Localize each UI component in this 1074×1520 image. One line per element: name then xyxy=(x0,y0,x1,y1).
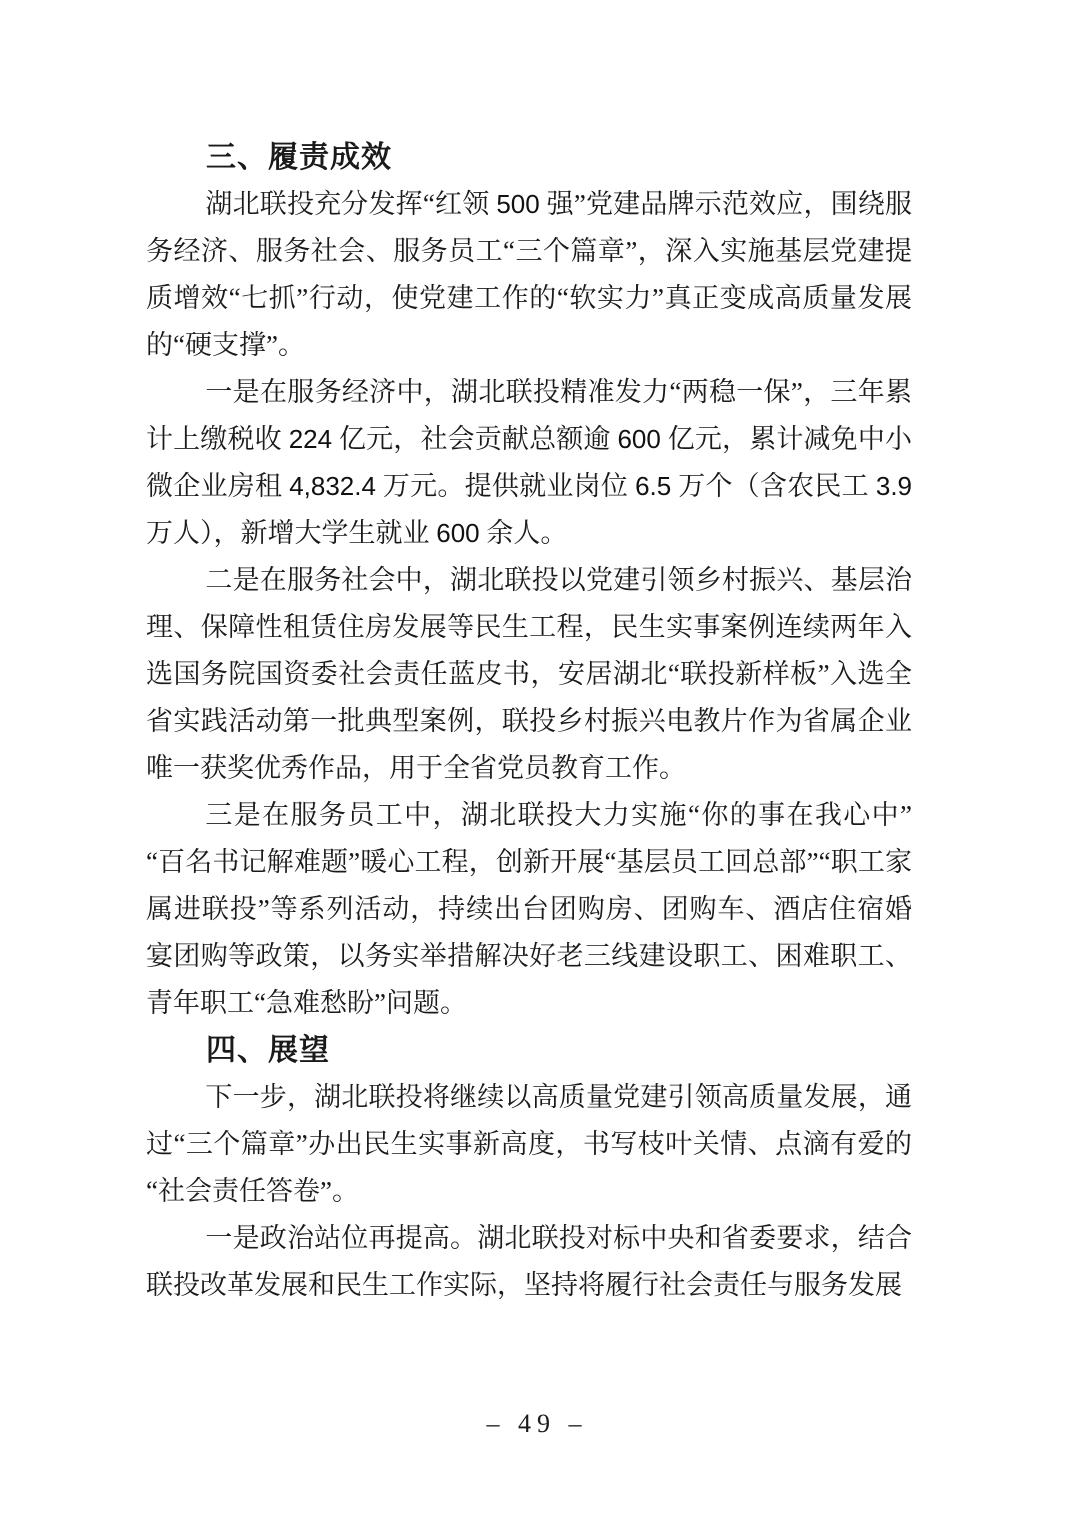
paragraph-brand-effect: 湖北联投充分发挥“红领 500 强”党建品牌示范效应，围绕服务经济、服务社会、服… xyxy=(146,181,912,369)
document-page: 三、履责成效 湖北联投充分发挥“红领 500 强”党建品牌示范效应，围绕服务经济… xyxy=(0,0,1074,1520)
paragraph-serve-society: 二是在服务社会中，湖北联投以党建引领乡村振兴、基层治理、保障性租赁住房发展等民生… xyxy=(146,557,912,792)
section-heading-performance: 三、履责成效 xyxy=(146,134,912,181)
paragraph-serve-employees: 三是在服务员工中，湖北联投大力实施“你的事在我心中”“百名书记解难题”暖心工程，… xyxy=(146,792,912,1027)
paragraph-serve-economy: 一是在服务经济中，湖北联投精准发力“两稳一保”，三年累计上缴税收 224 亿元，… xyxy=(146,369,912,557)
document-body: 三、履责成效 湖北联投充分发挥“红领 500 强”党建品牌示范效应，围绕服务经济… xyxy=(146,134,912,1309)
paragraph-political-position: 一是政治站位再提高。湖北联投对标中央和省委要求，结合联投改革发展和民生工作实际，… xyxy=(146,1215,912,1309)
page-number: – 49 – xyxy=(0,1408,1074,1440)
section-heading-outlook: 四、展望 xyxy=(146,1027,912,1074)
paragraph-next-step: 下一步，湖北联投将继续以高质量党建引领高质量发展，通过“三个篇章”办出民生实事新… xyxy=(146,1074,912,1215)
